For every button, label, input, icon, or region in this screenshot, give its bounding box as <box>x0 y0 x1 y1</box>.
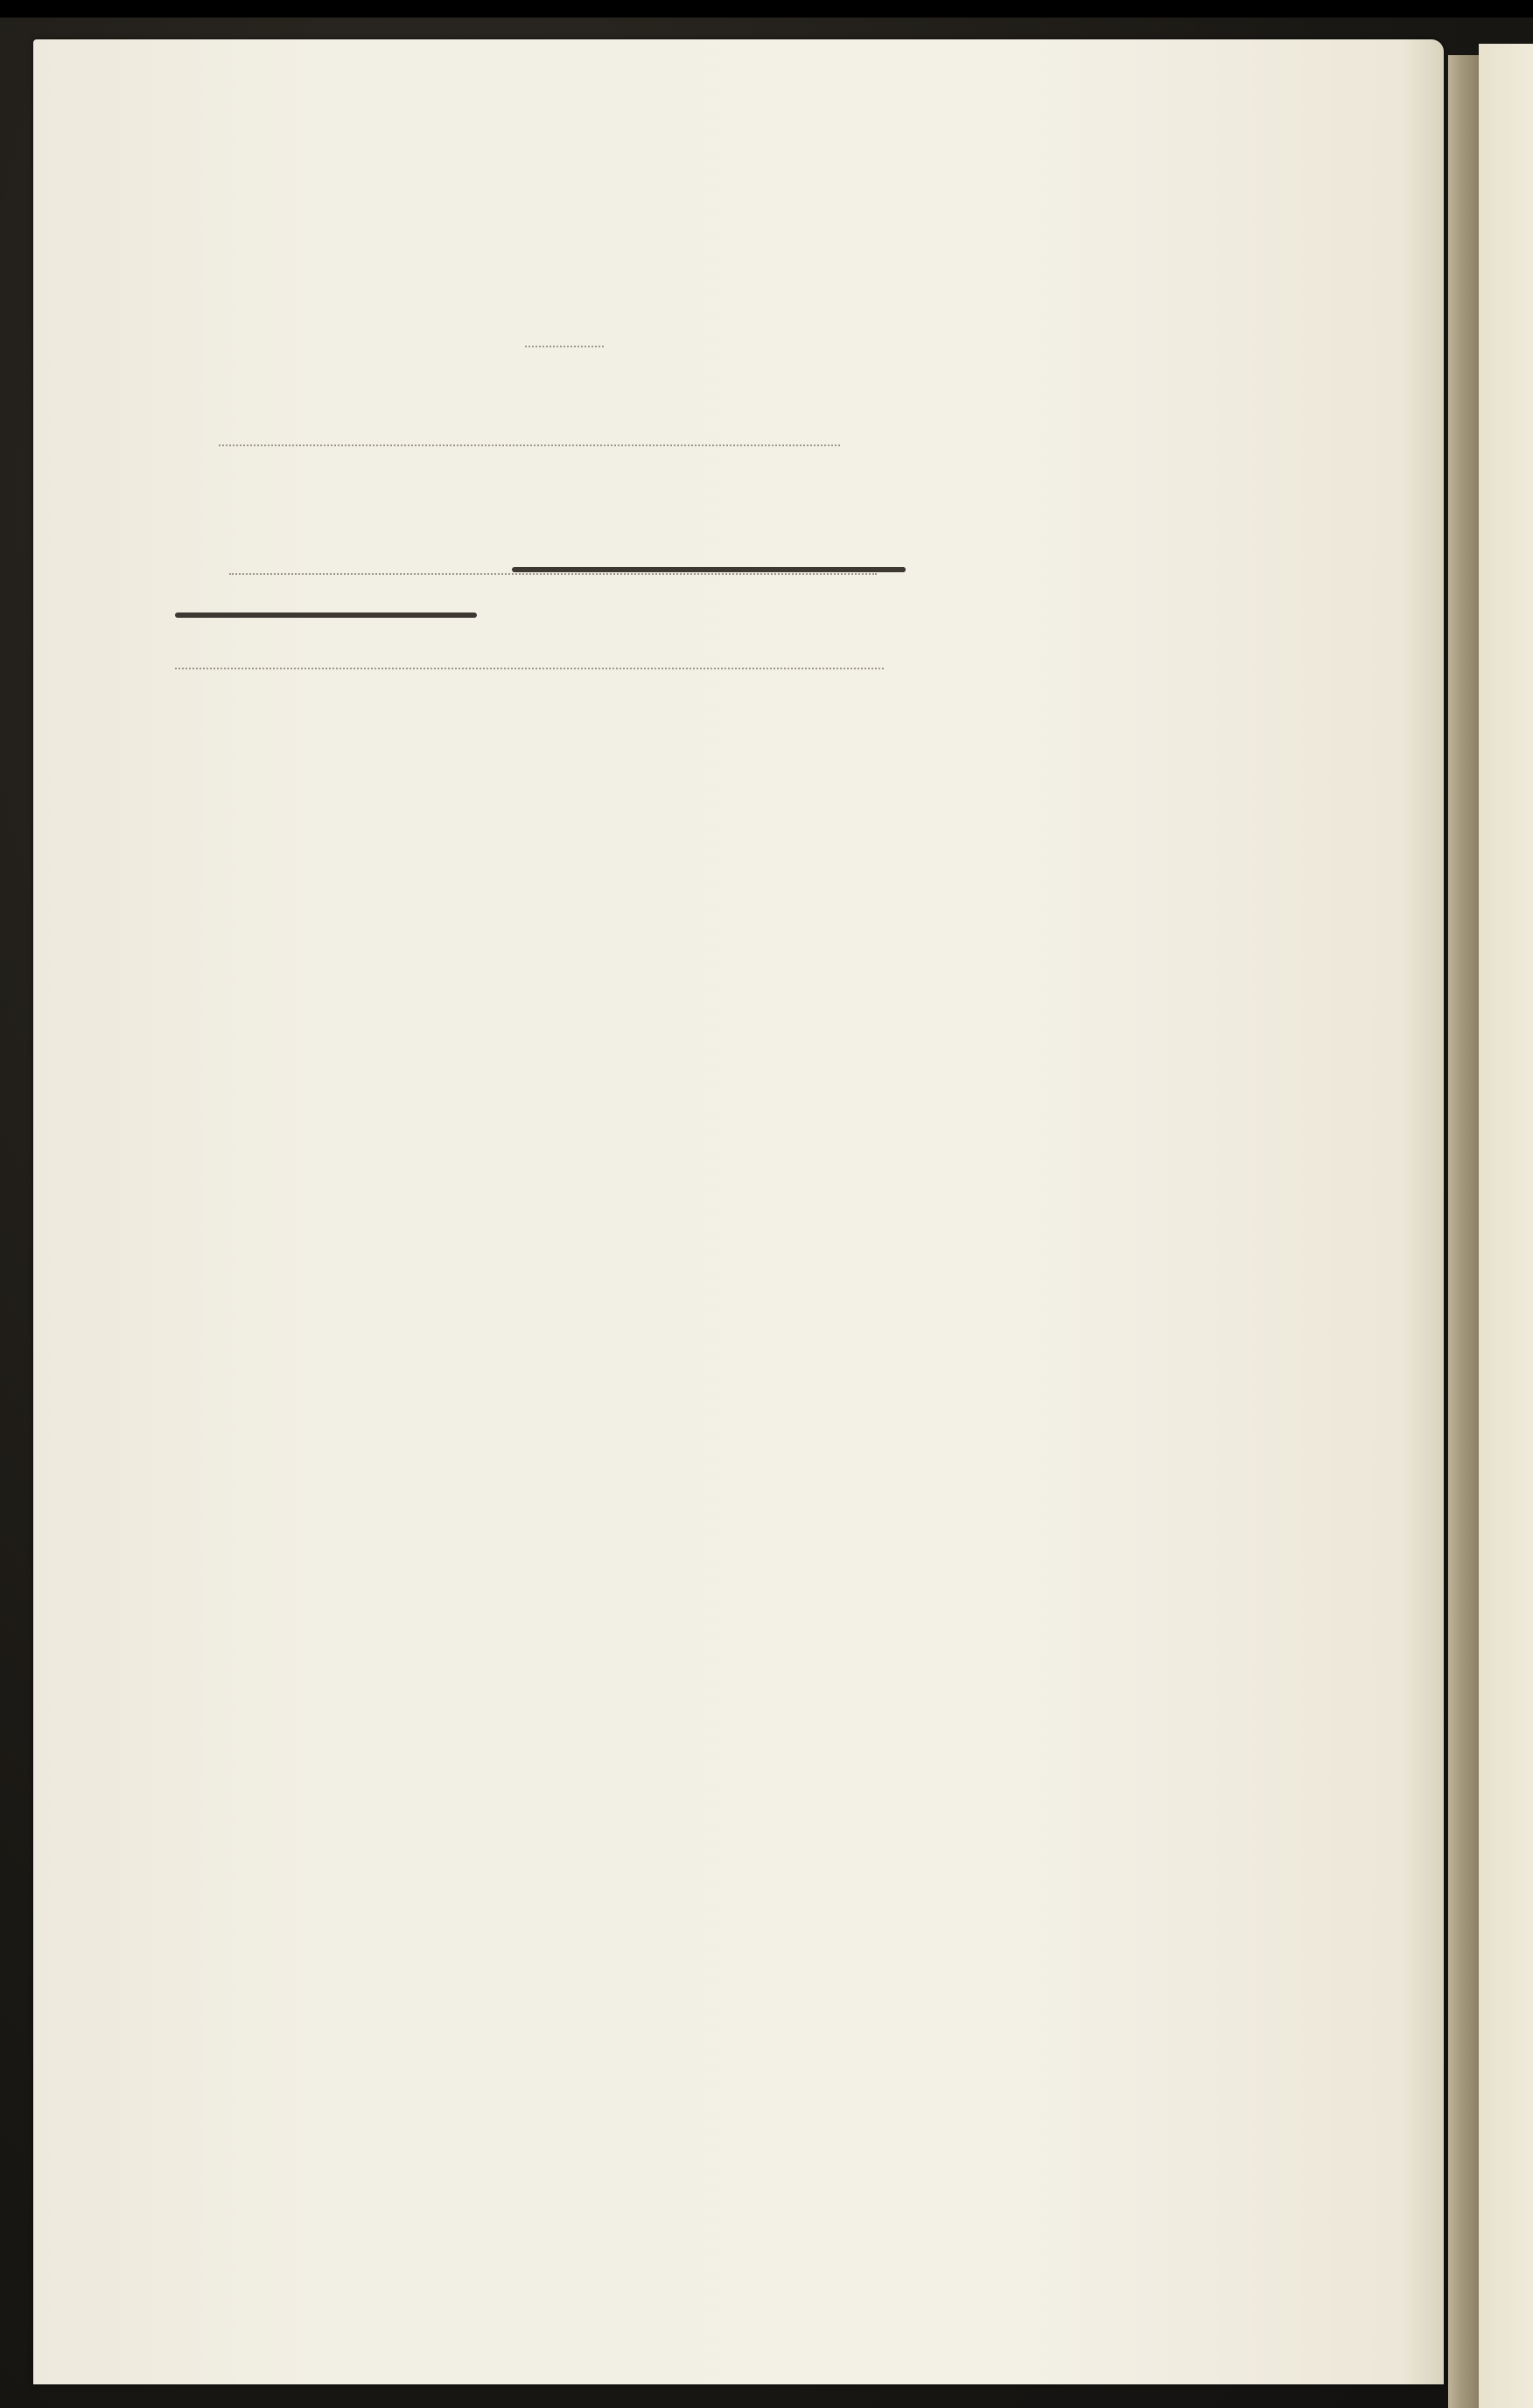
document-page <box>33 39 1444 2384</box>
dotted-line <box>229 573 877 575</box>
number-dotted-line <box>525 346 604 347</box>
book-gutter <box>1448 55 1479 2408</box>
adjacent-page-edge <box>1479 44 1533 2408</box>
window-title-bar <box>0 0 1533 17</box>
fill-bar <box>748 567 906 572</box>
fill-bar <box>175 612 477 618</box>
dotted-line <box>175 668 884 669</box>
header-dotted-line <box>219 444 840 446</box>
